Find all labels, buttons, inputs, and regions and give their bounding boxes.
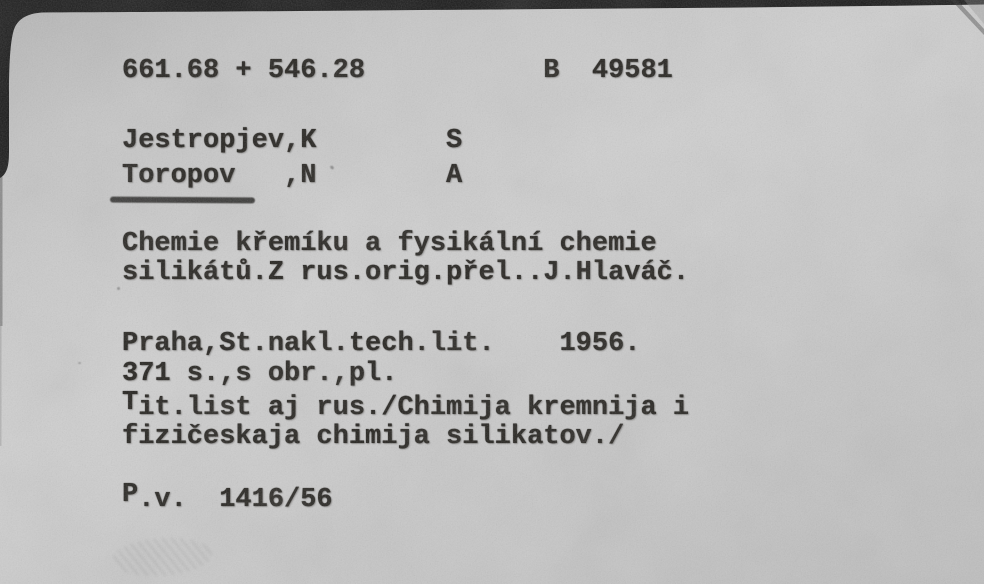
scanned-catalog-card-page: { "document_type": "library-catalog-card… — [0, 0, 984, 584]
note-line-1-rest: it.list aj rus./Chimija kremnija i — [138, 393, 689, 423]
note-line-1-raised-char: T — [122, 388, 138, 418]
imprint-line: Praha,St.nakl.tech.lit. 1956. — [122, 331, 640, 358]
title-line-1: Chemie křemíku a fysikální chemie — [122, 231, 657, 258]
author-line-1: Jestropjev,K S — [122, 128, 462, 155]
record-number-line-raised-char: P — [122, 480, 138, 510]
record-number-line: P.v. 1416/56 — [122, 487, 333, 514]
note-line-1: Tit.list aj rus./Chimija kremnija i — [122, 395, 689, 422]
title-line-2: silikátů.Z rus.orig.přel..J.Hlaváč. — [122, 260, 689, 287]
author-line-2: Toropov ,N A — [122, 163, 462, 190]
record-number-line-rest: .v. 1416/56 — [138, 485, 332, 515]
typed-lines-layer: 661.68 + 546.28 B 49581Jestropjev,K STor… — [0, 0, 984, 584]
classification-call-number-line: 661.68 + 546.28 B 49581 — [122, 58, 673, 85]
note-line-2: fizičeskaja chimija silikatov./ — [122, 424, 624, 451]
collation-line: 371 s.,s obr.,pl. — [122, 361, 397, 388]
